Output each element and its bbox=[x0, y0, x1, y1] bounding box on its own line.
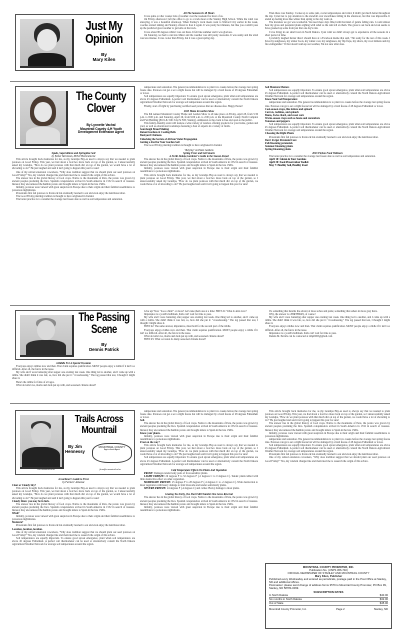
county-clover-col1: Spuds, Superstitions and Springtime Soil… bbox=[12, 152, 135, 300]
column-title: The Passing Scene bbox=[78, 313, 130, 336]
section-divider bbox=[10, 81, 390, 82]
footer-location: Stanley, ND bbox=[374, 608, 388, 611]
column-title: Just My Opinion bbox=[79, 19, 128, 45]
mountrail-county-logo: MOUNTRAIL COUNTY Agricultural Agent bbox=[92, 443, 132, 463]
section-divider bbox=[10, 305, 390, 306]
passing-scene-col1: A Riddle For A Special Occasion Everyone… bbox=[12, 362, 135, 394]
byline: By Lynnette Vachal Mountrail County 4-H … bbox=[68, 124, 134, 135]
author-photo-jim-hennessy bbox=[20, 415, 64, 469]
just-my-opinion-banner: Just My Opinion By Mary Kilen bbox=[15, 14, 135, 71]
website-caption: www.mountrail.nd.us bbox=[26, 469, 66, 471]
author-photo-lynnette-vachal bbox=[20, 91, 68, 146]
byline: By Jim Hennessy bbox=[64, 445, 86, 455]
email-caption: jhenn@co.mountrail.nd.us bbox=[88, 469, 132, 471]
county-clover-col3: Soil Moisture Matters Soil temperatures … bbox=[265, 86, 390, 299]
byline: By Mary Kilen bbox=[74, 52, 134, 62]
footer-publisher: Mountrail County Promoter, Inc. bbox=[269, 608, 307, 611]
author-photo-dennis-patrick bbox=[20, 315, 74, 357]
page-number: Page 2 bbox=[336, 608, 345, 611]
author-photo-mary-kilen bbox=[20, 19, 74, 68]
passing-scene-col2: Give up? Now "boos a hint!" or more? Let… bbox=[140, 310, 258, 395]
publisher-masthead-box: MOUNTRAIL COUNTY PROMOTER, INC. Publicat… bbox=[265, 563, 392, 629]
column-title: Trails Across Mountrail bbox=[69, 414, 130, 435]
county-clover-col2: temperature and saturation. The general … bbox=[140, 86, 258, 299]
county-clover-banner: The County Clover By Lynnette Vachal Mou… bbox=[15, 86, 135, 149]
newspaper-page: Just My Opinion By Mary Kilen All The Se… bbox=[0, 0, 400, 643]
just-my-opinion-col2: All The Seasons In 48 Hours It was quite… bbox=[140, 12, 258, 72]
rate-row: Out of State $45.00 bbox=[269, 602, 388, 606]
passing-scene-banner: The Passing Scene By Dennis Patrick bbox=[15, 310, 135, 360]
trails-col1: A Gardener's Guide to Frost by Farmers' … bbox=[12, 478, 135, 636]
trails-col3: This article brought back memories for m… bbox=[265, 410, 390, 560]
byline: By Dennis Patrick bbox=[72, 343, 136, 353]
postmaster-text: Postmaster: please send change of addres… bbox=[269, 584, 388, 590]
page-footer: Mountrail County Promoter, Inc. Page 2 S… bbox=[269, 608, 388, 611]
trails-col2: temperature and saturation. The general … bbox=[140, 410, 258, 636]
column-title: The County Clover bbox=[74, 90, 128, 114]
section-divider bbox=[10, 403, 390, 404]
just-my-opinion-col3: Then there was Sunday. I woke up to some… bbox=[265, 12, 390, 72]
trails-across-mountrail-banner: Trails Across Mountrail By Jim Hennessy … bbox=[15, 410, 135, 475]
passing-scene-col3: It's something that heralds the advent o… bbox=[265, 310, 390, 395]
